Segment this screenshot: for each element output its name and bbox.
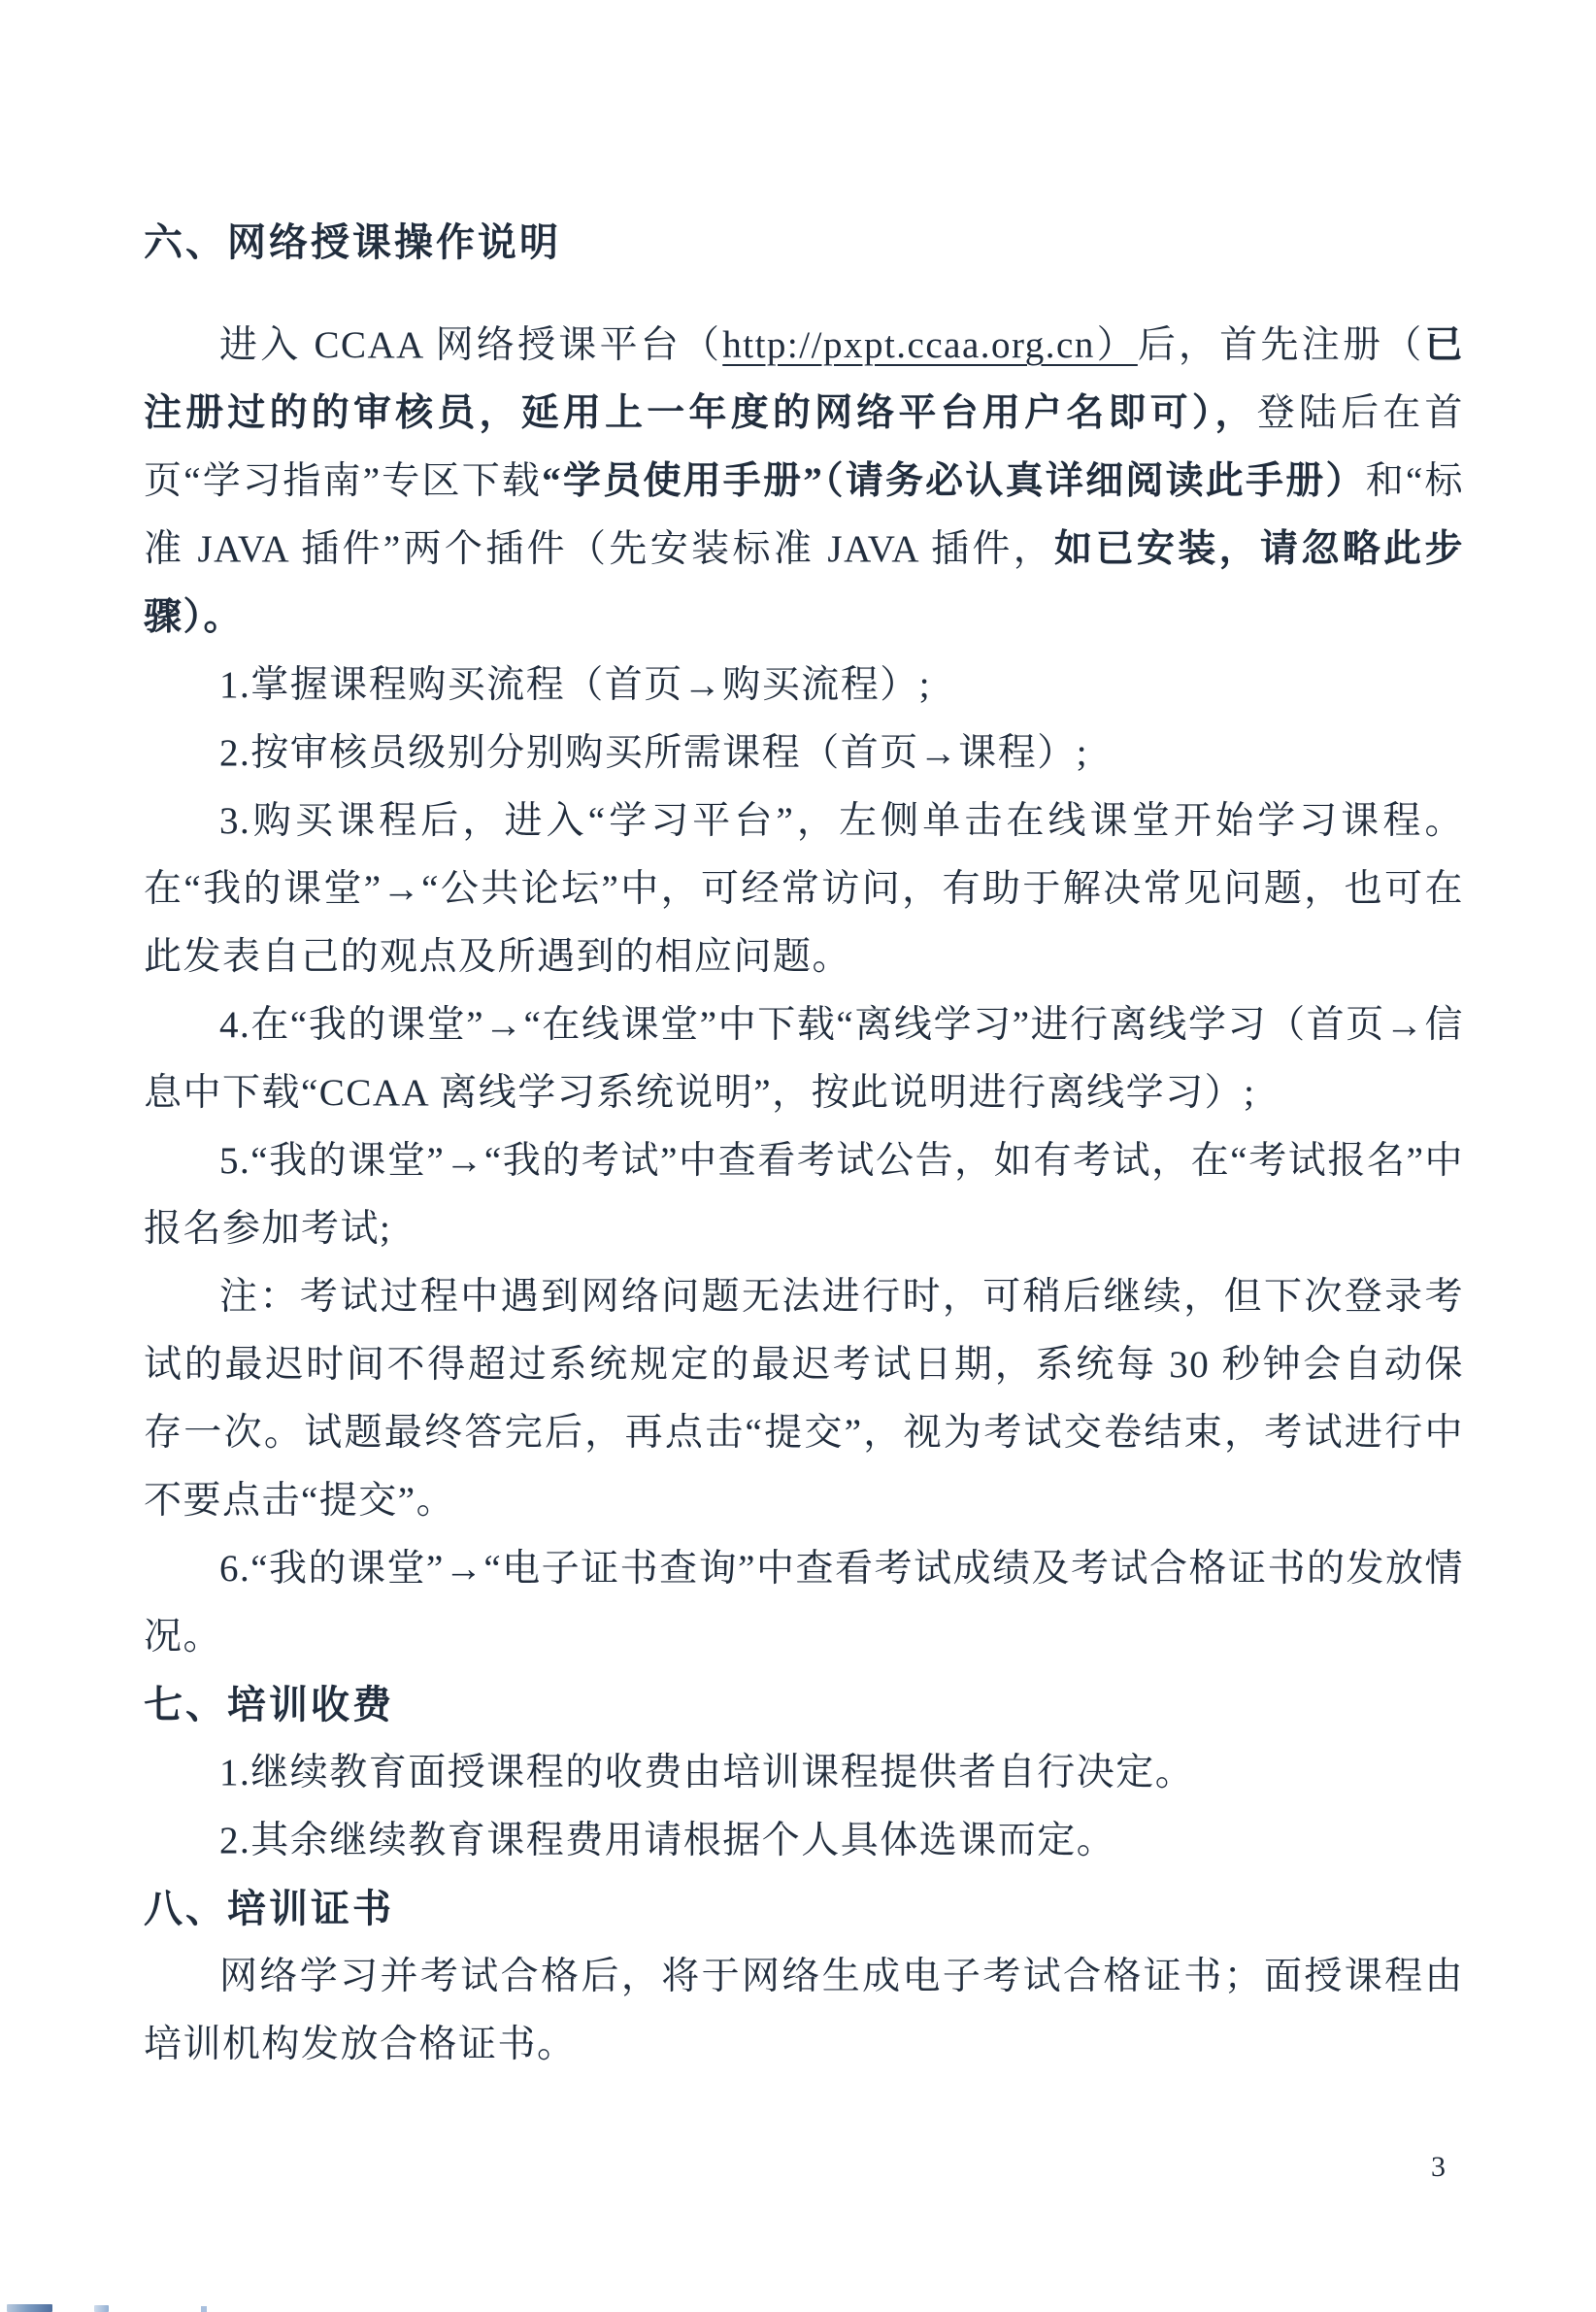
text-run: 2.按审核员级别分别购买所需课程（首页→课程）;	[219, 732, 1088, 774]
text-run: 1.掌握课程购买流程（首页→购买流程）;	[219, 664, 931, 706]
paragraph: 注：考试过程中遇到网络问题无法进行时，可稍后继续，但下次登录考试的最迟时间不得超…	[144, 1263, 1464, 1535]
paragraph: 1.继续教育面授课程的收费由培训课程提供者自行决定。	[144, 1739, 1464, 1807]
section-heading: 八、培训证书	[144, 1875, 1464, 1943]
text-run: 注：考试过程中遇到网络问题无法进行时，可稍后继续，但下次登录考试的最迟时间不得超…	[144, 1276, 1464, 1522]
scanned-document-page: { "page": { "number": "3", "background_c…	[0, 0, 1596, 2312]
text-run: 网络学习并考试合格后，将于网络生成电子考试合格证书；面授课程由培训机构发放合格证…	[144, 1956, 1464, 2065]
text-run: 1.继续教育面授课程的收费由培训课程提供者自行决定。	[219, 1752, 1194, 1793]
paragraph: 2.按审核员级别分别购买所需课程（首页→课程）;	[144, 720, 1464, 787]
text-run: 4.在“我的课堂”→“在线课堂”中下载“离线学习”进行离线学习（首页→信息中下载…	[144, 1004, 1464, 1114]
paragraph: 6.“我的课堂”→“电子证书查询”中查看考试成绩及考试合格证书的发放情况。	[144, 1535, 1464, 1671]
url-text: http://pxpt.ccaa.org.cn）	[722, 324, 1138, 366]
section-heading: 六、网络授课操作说明	[144, 209, 1464, 277]
text-run: 6.“我的课堂”→“电子证书查询”中查看考试成绩及考试合格证书的发放情况。	[144, 1548, 1464, 1658]
text-run: “学员使用手册”（请务必认真详细阅读此手册）	[542, 460, 1366, 502]
document-body: 六、网络授课操作说明进入 CCAA 网络授课平台（http://pxpt.cca…	[144, 209, 1464, 2079]
text-run: 进入 CCAA 网络授课平台（	[219, 324, 722, 366]
text-run: 后，首先注册（	[1138, 324, 1425, 366]
text-run: 3.购买课程后，进入“学习平台”，左侧单击在线课堂开始学习课程。在“我的课堂”→…	[144, 800, 1464, 978]
paragraph: 5.“我的课堂”→“我的考试”中查看考试公告，如有考试，在“考试报名”中报名参加…	[144, 1127, 1464, 1263]
text-run: 七、培训收费	[144, 1684, 394, 1726]
text-run: 六、网络授课操作说明	[144, 221, 561, 264]
scan-artifact-mark-icon	[94, 2305, 109, 2312]
paragraph: 网络学习并考试合格后，将于网络生成电子考试合格证书；面授课程由培训机构发放合格证…	[144, 1943, 1464, 2079]
text-run: 5.“我的课堂”→“我的考试”中查看考试公告，如有考试，在“考试报名”中报名参加…	[144, 1140, 1464, 1250]
paragraph: 3.购买课程后，进入“学习平台”，左侧单击在线课堂开始学习课程。在“我的课堂”→…	[144, 787, 1464, 991]
paragraph: 4.在“我的课堂”→“在线课堂”中下载“离线学习”进行离线学习（首页→信息中下载…	[144, 991, 1464, 1127]
paragraph: 2.其余继续教育课程费用请根据个人具体选课而定。	[144, 1807, 1464, 1875]
paragraph: 进入 CCAA 网络授课平台（http://pxpt.ccaa.org.cn）后…	[144, 312, 1464, 652]
scan-artifact-dot-icon	[201, 2306, 207, 2312]
text-run: 2.其余继续教育课程费用请根据个人具体选课而定。	[219, 1820, 1115, 1861]
page-number: 3	[1431, 2148, 1446, 2187]
scan-artifact-bar-icon	[7, 2304, 52, 2312]
section-heading: 七、培训收费	[144, 1671, 1464, 1739]
paragraph: 1.掌握课程购买流程（首页→购买流程）;	[144, 652, 1464, 720]
text-run: 八、培训证书	[144, 1888, 394, 1930]
